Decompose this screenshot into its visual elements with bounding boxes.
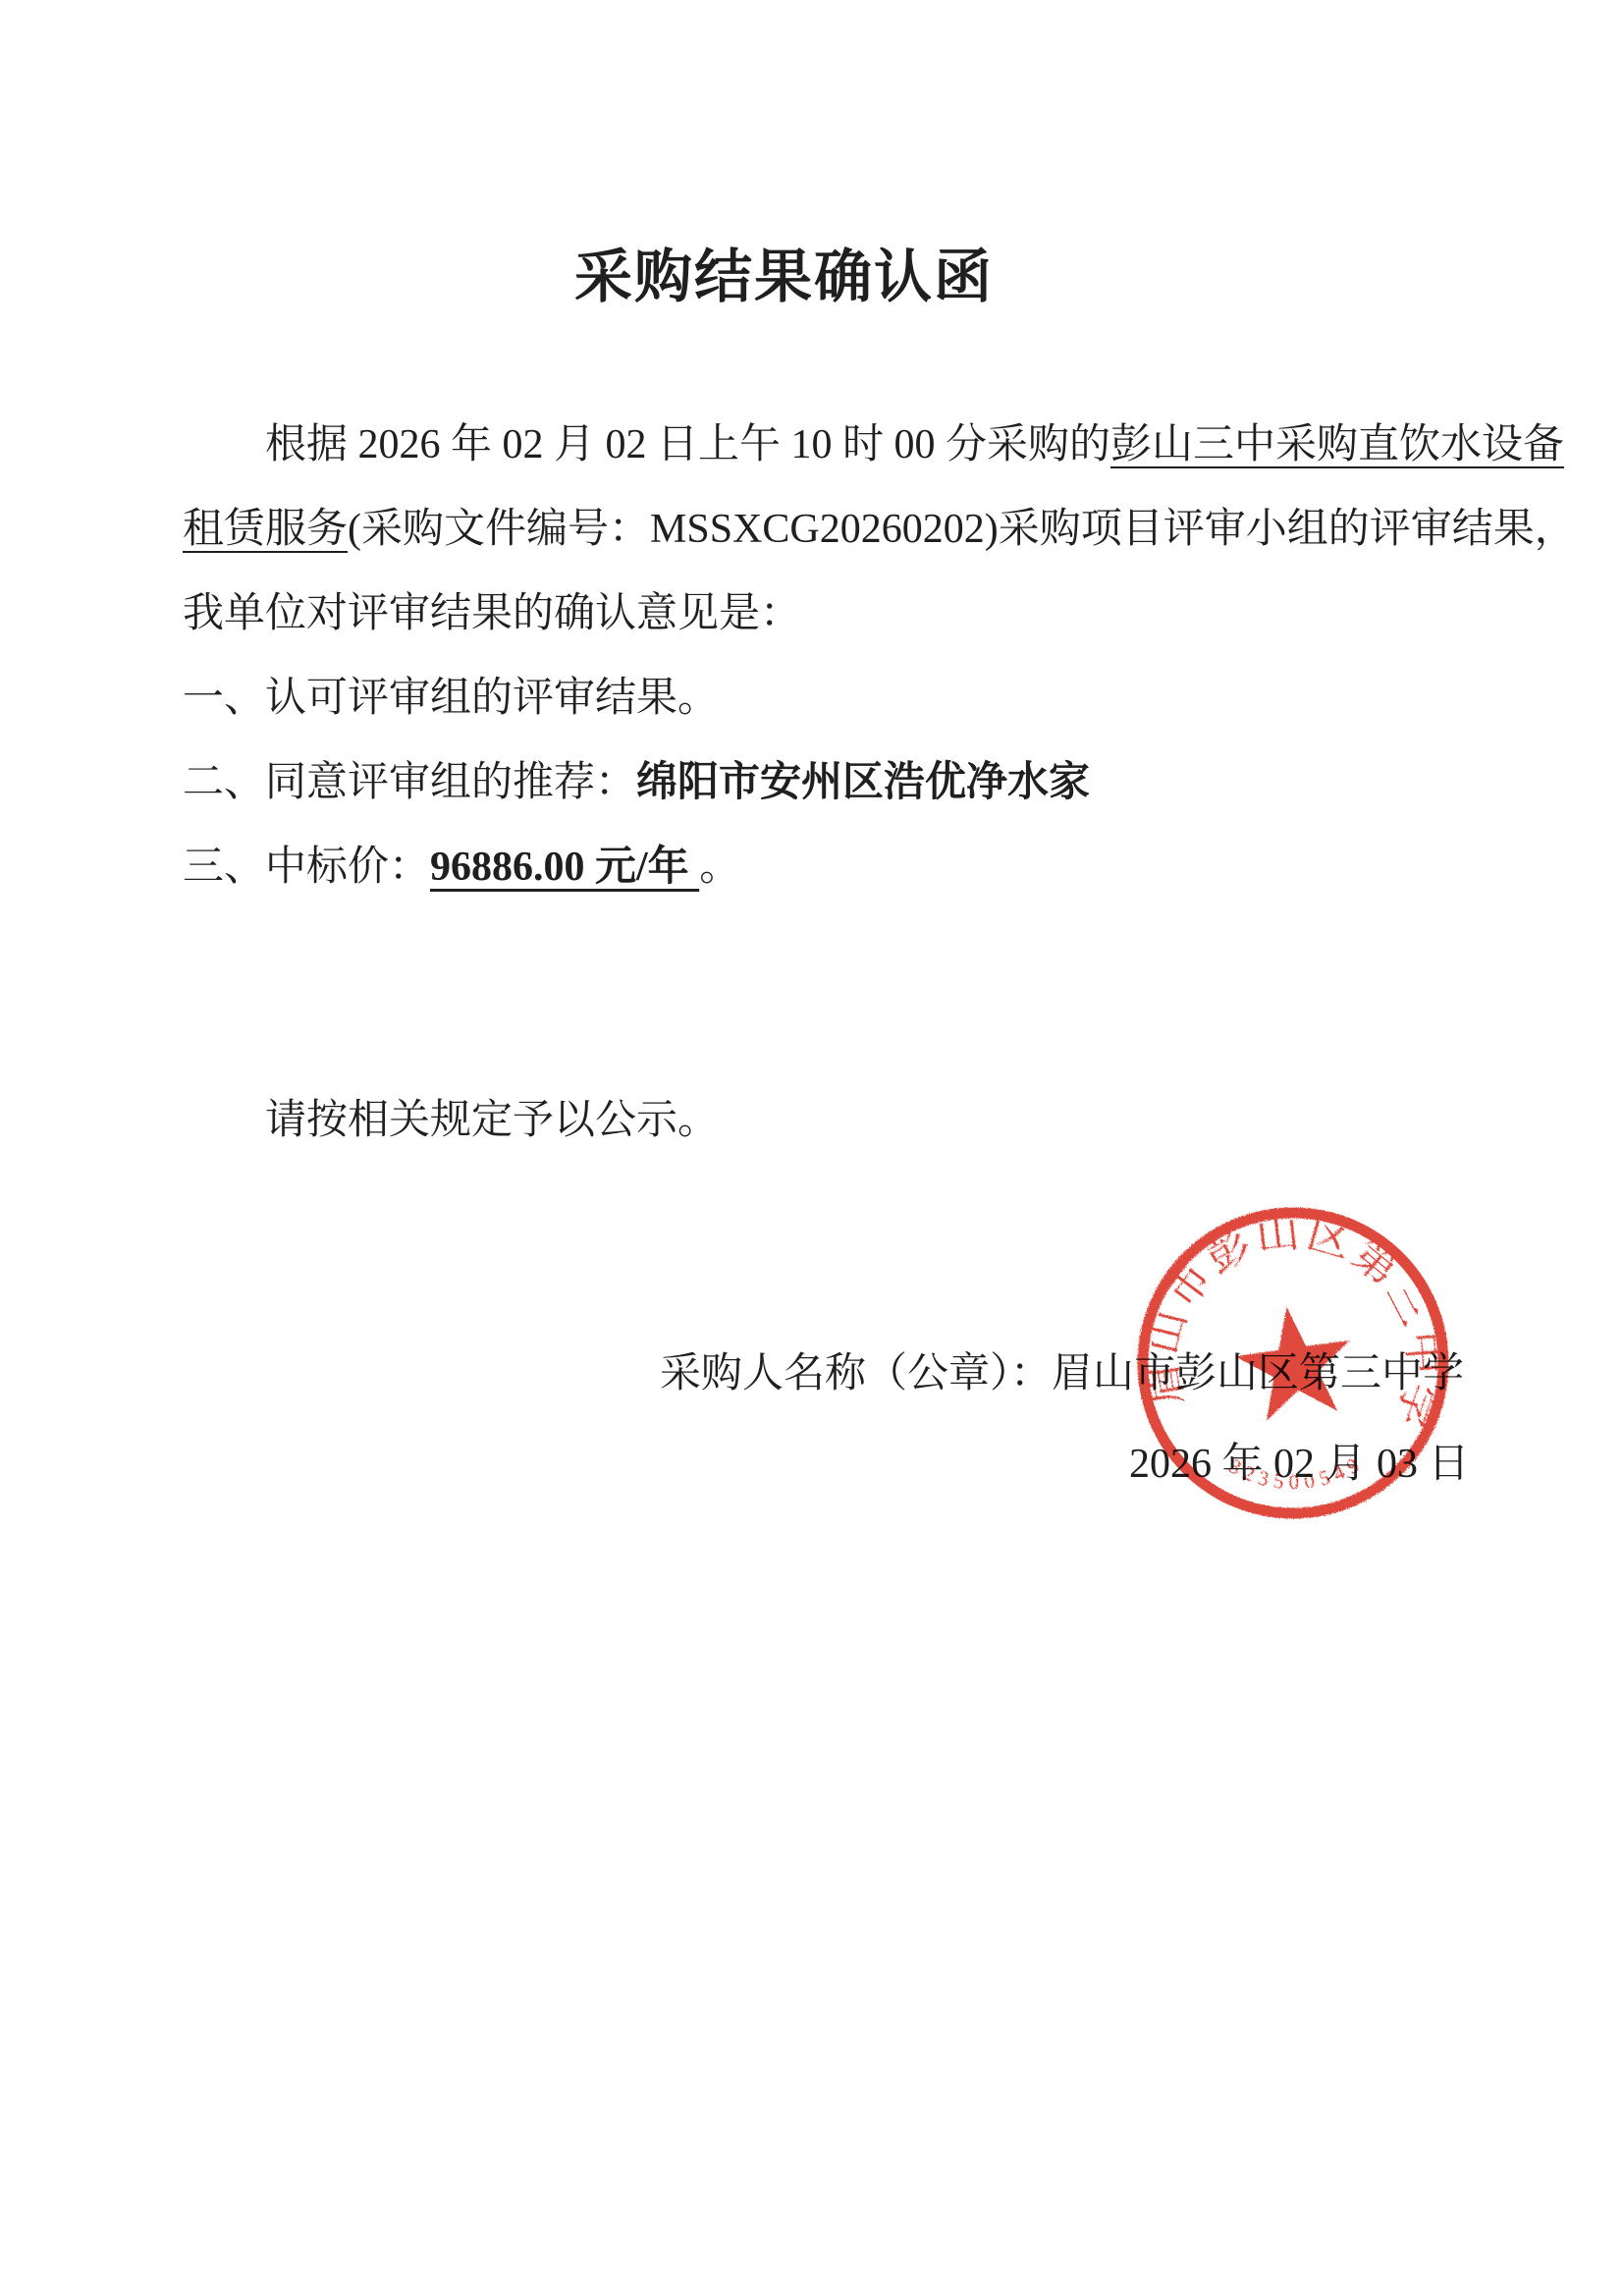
- body-line: [183, 909, 1498, 994]
- official-seal-stamp: 眉山市彭山区第三中学 3235005494: [1126, 1196, 1460, 1530]
- text-segment: 彭山三中采购直饮水设备: [1110, 422, 1564, 467]
- text-segment: 我单位对评审结果的确认意见是：: [183, 591, 801, 636]
- body-line: 三、中标价：96886.00 元/年 。: [183, 825, 1498, 909]
- purchaser-label: 采购人名称（公章）：: [660, 1351, 1052, 1396]
- body-line: 二、同意评审组的推荐：绵阳市安州区浩优净水家: [183, 740, 1498, 825]
- body-line: 根据 2026 年 02 月 02 日上午 10 时 00 分采购的彭山三中采购…: [183, 403, 1498, 487]
- body-line: 我单位对评审结果的确认意见是：: [183, 572, 1498, 656]
- body-line: 一、认可评审组的评审结果。: [183, 656, 1498, 740]
- text-segment: 。: [699, 845, 740, 890]
- text-segment: 96886.00 元/年: [430, 845, 699, 890]
- text-segment: 绵阳市安州区浩优净水家: [636, 760, 1090, 805]
- seal-star-icon: [1229, 1298, 1359, 1424]
- page-title: 采购结果确认函: [0, 230, 1596, 313]
- document-page: 采购结果确认函 根据 2026 年 02 月 02 日上午 10 时 00 分采…: [0, 0, 1623, 2296]
- text-segment: (采购文件编号：MSSXCG20260202)采购项目评审小组的评审结果，: [348, 507, 1576, 552]
- body-line: 请按相关规定予以公示。: [183, 1078, 1498, 1163]
- body-text: 根据 2026 年 02 月 02 日上午 10 时 00 分采购的彭山三中采购…: [183, 403, 1498, 1163]
- text-segment: 租赁服务: [183, 507, 348, 552]
- text-segment: 一、认可评审组的评审结果。: [183, 676, 719, 721]
- body-line: 租赁服务(采购文件编号：MSSXCG20260202)采购项目评审小组的评审结果…: [183, 487, 1498, 572]
- text-segment: 请按相关规定予以公示。: [265, 1098, 719, 1143]
- seal-graphics: 眉山市彭山区第三中学 3235005494: [1126, 1196, 1448, 1513]
- text-segment: 二、同意评审组的推荐：: [183, 760, 636, 805]
- text-segment: 根据 2026 年 02 月 02 日上午 10 时 00 分采购的: [265, 422, 1110, 467]
- body-line: [183, 994, 1498, 1078]
- text-segment: 三、中标价：: [183, 845, 430, 890]
